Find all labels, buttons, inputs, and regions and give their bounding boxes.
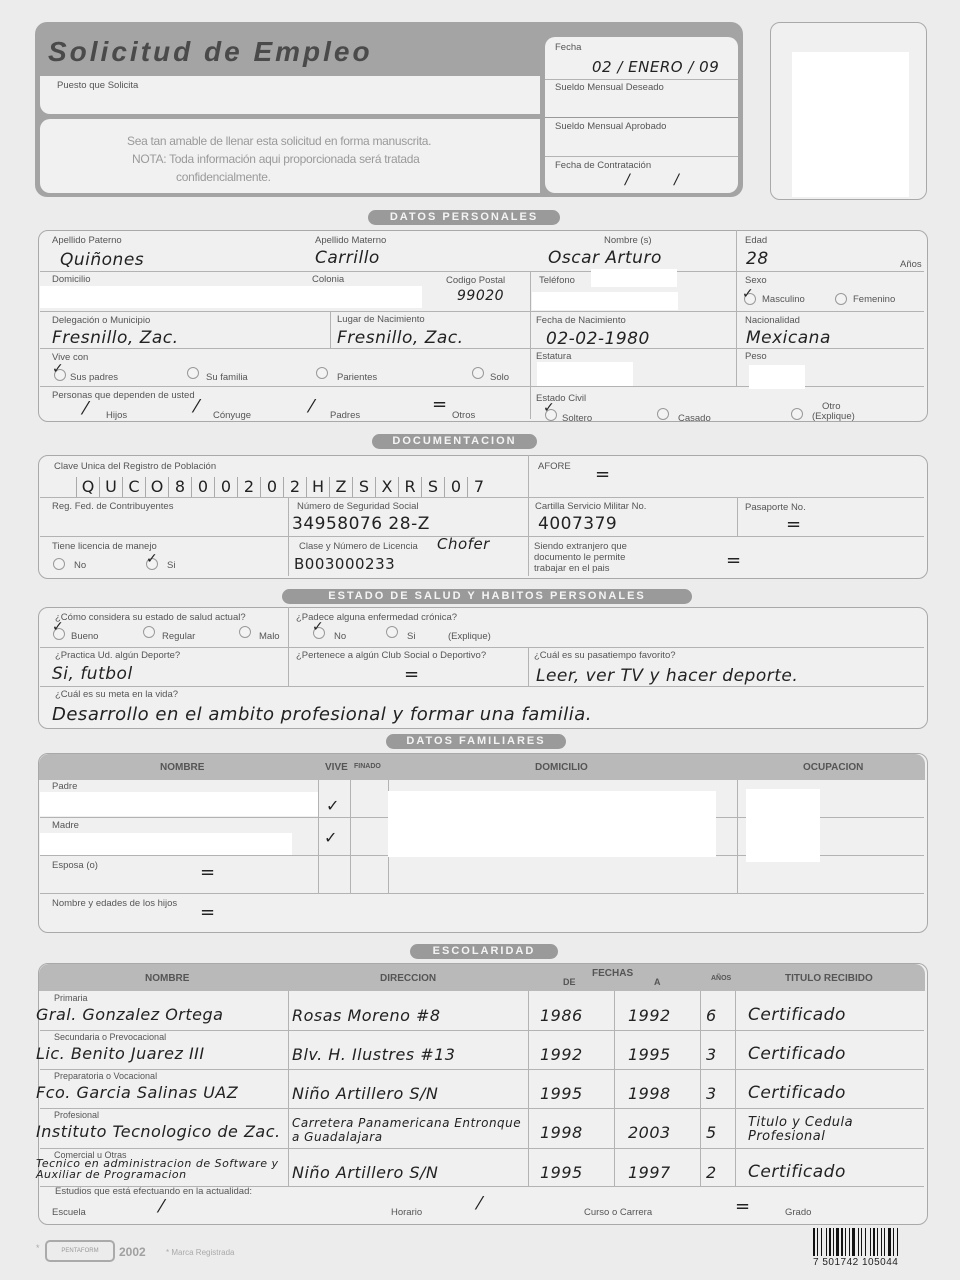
pasatiempo-value[interactable]: Leer, ver TV y hacer deporte. [536,666,798,686]
curp-char: H [306,477,329,497]
padre-nombre-redacted [40,792,318,816]
casado-label: Casado [678,413,711,424]
codigo-postal-value[interactable]: 99020 [457,288,504,304]
afore-value[interactable]: = [595,464,610,485]
afore-label: AFORE [538,461,571,472]
dependientes-label: Personas que dependen de usted [52,390,195,401]
footer-star: * [36,1243,40,1253]
note-line-1: Sea tan amable de llenar esta solicitud … [127,134,431,148]
sus-padres-label: Sus padres [70,372,118,383]
radio-cronica-si[interactable] [386,626,398,638]
escuela-a[interactable]: 2003 [628,1123,671,1142]
curp-char: Q [76,477,99,497]
col-domicilio: DOMICILIO [535,762,588,773]
padres-label: Padres [330,410,360,421]
radio-solo[interactable] [472,367,484,379]
domicilio-redacted [40,286,422,308]
otros-label: Otros [452,410,475,421]
nombre-value[interactable]: Oscar Arturo [548,248,662,268]
escuela-titulo[interactable]: Certificado [748,1083,846,1103]
extranjero-label-2: documento le permite [534,552,625,563]
radio-otro[interactable] [791,408,803,420]
horario-label: Horario [391,1207,422,1218]
club-value[interactable]: = [404,664,419,685]
curp-char: S [421,477,444,497]
col-nombre: NOMBRE [160,762,204,773]
curp-char: X [375,477,398,497]
escuela-de[interactable]: 1995 [540,1084,583,1103]
curp-char: O [145,477,168,497]
escuela-nombre[interactable]: Instituto Tecnologico de Zac. [36,1122,281,1141]
fecha-nacimiento-label: Fecha de Nacimiento [536,315,626,326]
col-esc-titulo: TITULO RECIBIDO [785,973,873,984]
deporte-label: ¿Practica Ud. algún Deporte? [55,650,180,661]
madre-vive-check[interactable]: ✓ [324,828,337,847]
escuela-anos[interactable]: 2 [706,1163,717,1182]
nss-label: Número de Seguridad Social [297,501,418,512]
col-esc-nombre: NOMBRE [145,973,189,984]
curp-char: 0 [191,477,214,497]
domicilio-label: Domicilio [52,274,91,285]
escuela-anos[interactable]: 3 [706,1045,717,1064]
extranjero-value[interactable]: = [726,550,741,571]
col-esc-a: A [654,977,661,987]
sueldo-aprobado-label: Sueldo Mensual Aprobado [555,121,666,132]
form-title: Solicitud de Empleo [48,36,373,68]
escuela-anos[interactable]: 5 [706,1123,717,1142]
rfc-label: Reg. Fed. de Contribuyentes [52,501,173,512]
escuela-direccion[interactable]: Niño Artillero S/N [292,1163,438,1182]
nivel-label: Profesional [54,1110,99,1120]
photo-redacted [792,52,909,197]
escuela-titulo[interactable]: Titulo y Cedula Profesional [748,1116,918,1144]
radio-licencia-no[interactable] [53,558,65,570]
bueno-label: Bueno [71,631,98,642]
escuela-nombre[interactable]: Tecnico en administracion de Software y … [36,1158,286,1180]
curp-boxes[interactable]: QUCO800202HZSXRS07 [76,477,490,497]
nivel-label: Preparatoria o Vocacional [54,1071,157,1081]
escuela-titulo[interactable]: Certificado [748,1005,846,1025]
apellido-materno-label: Apellido Materno [315,235,386,246]
hijos-edades-label: Nombre y edades de los hijos [52,898,177,909]
su-familia-label: Su familia [206,372,248,383]
footer-marca: * Marca Registrada [166,1248,234,1257]
section-datos-familiares: DATOS FAMILIARES [386,734,566,749]
apellido-paterno-value[interactable]: Quiñones [60,250,144,270]
escuela-a[interactable]: 1997 [628,1163,671,1182]
pasaporte-value[interactable]: = [786,514,801,535]
note-line-2: NOTA: Toda información aqui proporcionad… [132,152,420,166]
sexo-label: Sexo [745,275,767,286]
apellido-paterno-label: Apellido Paterno [52,235,122,246]
colonia-label: Colonia [312,274,344,285]
curp-char: 7 [467,477,490,497]
sueldo-deseado-label: Sueldo Mensual Deseado [555,82,664,93]
radio-casado[interactable] [657,408,669,420]
cartilla-value[interactable]: 4007379 [538,514,617,534]
check-bueno-icon: ✓ [52,619,64,635]
col-finado: FINADO [354,763,381,770]
delegacion-value[interactable]: Fresnillo, Zac. [52,328,179,348]
check-licencia-si-icon: ✓ [146,551,158,567]
conyuge-value[interactable]: ⁄ [195,396,198,417]
escuela-titulo[interactable]: Certificado [748,1044,846,1064]
cronica-si-label: Si [407,631,415,642]
anos-label: Años [900,259,922,270]
fecha-label: Fecha [555,42,581,53]
escuela-nombre[interactable]: Lic. Benito Juarez III [36,1044,205,1063]
deporte-value[interactable]: Si, futbol [52,664,133,684]
estado-salud-label: ¿Cómo considera su estado de salud actua… [55,612,246,623]
curp-char: 2 [237,477,260,497]
curso-label: Curso o Carrera [584,1207,652,1218]
escuela-label: Escuela [52,1207,86,1218]
escuela-de[interactable]: 1998 [540,1123,583,1142]
escuela-de[interactable]: 1986 [540,1006,583,1025]
curp-char: 0 [444,477,467,497]
escuela-a[interactable]: 1995 [628,1045,671,1064]
section-documentacion: DOCUMENTACION [372,434,537,449]
escuela-direccion[interactable]: Blv. H. Ilustres #13 [292,1045,455,1064]
extranjero-label-3: trabajar en el pais [534,563,610,574]
check-masculino-icon: ✓ [742,286,754,302]
telefono-redacted-2 [532,292,678,310]
check-sus-padres-icon: ✓ [52,361,64,377]
puesto-label: Puesto que Solicita [57,80,138,91]
col-esc-direccion: DIRECCION [380,973,436,984]
curp-char: S [352,477,375,497]
estudios-actuales-label: Estudios que está efectuando en la actua… [55,1186,252,1197]
soltero-label: Soltero [562,413,592,424]
radio-femenino[interactable] [835,293,847,305]
femenino-label: Femenino [853,294,895,305]
licencia-label: Tiene licencia de manejo [52,541,157,552]
estatura-label: Estatura [536,351,571,362]
check-soltero-icon: ✓ [543,400,555,416]
radio-regular[interactable] [143,626,155,638]
licencia-no-label: No [74,560,86,571]
numero-licencia-value[interactable]: B003000233 [294,555,395,573]
parientes-label: Parientes [337,372,377,383]
solo-label: Solo [490,372,509,383]
horario-value[interactable]: ⁄ [478,1193,481,1214]
section-datos-personales: DATOS PERSONALES [368,210,560,225]
radio-su-familia[interactable] [187,367,199,379]
barcode [813,1228,923,1256]
escuela-direccion[interactable]: Rosas Moreno #8 [292,1006,441,1025]
footer-year: 2002 [119,1245,146,1259]
note-line-3: confidencialmente. [176,170,271,184]
escuela-direccion[interactable]: Carretera Panamericana Entronque a Guada… [292,1116,522,1144]
madre-nombre-redacted [40,833,292,855]
escuela-anos[interactable]: 3 [706,1084,717,1103]
curso-value[interactable]: = [735,1196,750,1217]
esposa-label: Esposa (o) [52,860,98,871]
esposa-nombre-value[interactable]: = [200,862,215,883]
curp-label: Clave Unica del Registro de Población [54,461,216,472]
ocupacion-padres-redacted [746,789,820,862]
extranjero-label-1: Siendo extranjero que [534,541,627,552]
codigo-postal-label: Codigo Postal [446,275,505,286]
pentaform-logo: PENTAFORM [45,1240,115,1262]
cronica-no-label: No [334,631,346,642]
brand-label: PENTAFORM [61,1248,98,1254]
curp-char: 2 [283,477,306,497]
telefono-label: Teléfono [539,275,575,286]
regular-label: Regular [162,631,195,642]
hijos-label: Hijos [106,410,127,421]
application-form: Solicitud de Empleo Puesto que Solicita … [0,0,960,1280]
curp-char: 0 [214,477,237,497]
escuela-de[interactable]: 1992 [540,1045,583,1064]
nacionalidad-value[interactable]: Mexicana [746,328,831,348]
curp-char: R [398,477,421,497]
explique-label: (Explique) [812,411,855,422]
curp-char: U [99,477,122,497]
escuela-de[interactable]: 1995 [540,1163,583,1182]
curp-char: 0 [260,477,283,497]
fecha-contratacion-value[interactable]: / / [625,172,699,188]
nombre-label: Nombre (s) [604,235,652,246]
peso-label: Peso [745,351,767,362]
licencia-si-label: Si [167,560,175,571]
cronica-explique-label: (Explique) [448,631,491,642]
malo-label: Malo [259,631,280,642]
escuela-anos[interactable]: 6 [706,1006,717,1025]
padres-value[interactable]: ⁄ [310,396,313,417]
meta-value[interactable]: Desarrollo en el ambito profesional y fo… [52,704,592,725]
col-esc-anos: AÑOS [711,975,731,982]
check-cronica-no-icon: ✓ [312,619,324,635]
col-esc-fechas: FECHAS [592,968,633,979]
escuela-nombre[interactable]: Gral. Gonzalez Ortega [36,1005,223,1024]
hijos-value[interactable]: ⁄ [84,398,87,419]
escuela-value[interactable]: ⁄ [160,1196,163,1217]
estatura-redacted [537,362,633,386]
nivel-label: Primaria [54,993,88,1003]
cartilla-label: Cartilla Servicio Militar No. [535,501,646,512]
fecha-contratacion-label: Fecha de Contratación [555,160,651,171]
edad-value[interactable]: 28 [746,249,769,269]
clase-licencia-value[interactable]: Chofer [437,535,490,553]
radio-parientes[interactable] [316,367,328,379]
barcode-number: 7 501742 105044 [813,1257,898,1268]
col-vive: VIVE [325,762,348,773]
madre-label: Madre [52,820,79,831]
col-esc-de: DE [563,977,576,987]
clase-licencia-label: Clase y Número de Licencia [299,541,418,552]
hijos-edades-value[interactable]: = [200,902,215,923]
escuela-a[interactable]: 1998 [628,1084,671,1103]
peso-redacted [749,365,805,389]
domicilio-padres-redacted [388,791,716,857]
section-salud: ESTADO DE SALUD Y HABITOS PERSONALES [282,589,692,604]
apellido-materno-value[interactable]: Carrillo [315,248,380,268]
curp-char: 8 [168,477,191,497]
col-ocupacion: OCUPACION [803,762,863,773]
curp-char: Z [329,477,352,497]
curp-char: C [122,477,145,497]
fecha-value[interactable]: 02 / ENERO / 09 [592,58,719,76]
nivel-label: Secundaria o Prevocacional [54,1032,166,1042]
delegacion-label: Delegación o Municipio [52,315,150,326]
section-escolaridad: ESCOLARIDAD [410,944,558,959]
lugar-nacimiento-label: Lugar de Nacimiento [337,314,425,325]
pasatiempo-label: ¿Cuál es su pasatiempo favorito? [534,650,676,661]
lugar-nacimiento-value[interactable]: Fresnillo, Zac. [337,328,464,348]
meta-label: ¿Cuál es su meta en la vida? [55,689,178,700]
nss-value[interactable]: 34958076 28-Z [292,514,430,534]
masculino-label: Masculino [762,294,805,305]
grado-label: Grado [785,1207,811,1218]
padre-label: Padre [52,781,77,792]
pasaporte-label: Pasaporte No. [745,502,806,513]
fecha-nacimiento-value[interactable]: 02-02-1980 [546,329,650,349]
edad-label: Edad [745,235,767,246]
conyuge-label: Cónyuge [213,410,251,421]
club-label: ¿Pertenece a algún Club Social o Deporti… [296,650,486,661]
escuela-titulo[interactable]: Certificado [748,1162,846,1182]
escuela-nombre[interactable]: Fco. Garcia Salinas UAZ [36,1083,238,1102]
nacionalidad-label: Nacionalidad [745,315,800,326]
padre-vive-check[interactable]: ✓ [326,796,339,815]
telefono-redacted [591,269,677,287]
escuela-a[interactable]: 1992 [628,1006,671,1025]
otros-value[interactable]: = [432,394,447,415]
escuela-direccion[interactable]: Niño Artillero S/N [292,1084,438,1103]
radio-malo[interactable] [239,626,251,638]
